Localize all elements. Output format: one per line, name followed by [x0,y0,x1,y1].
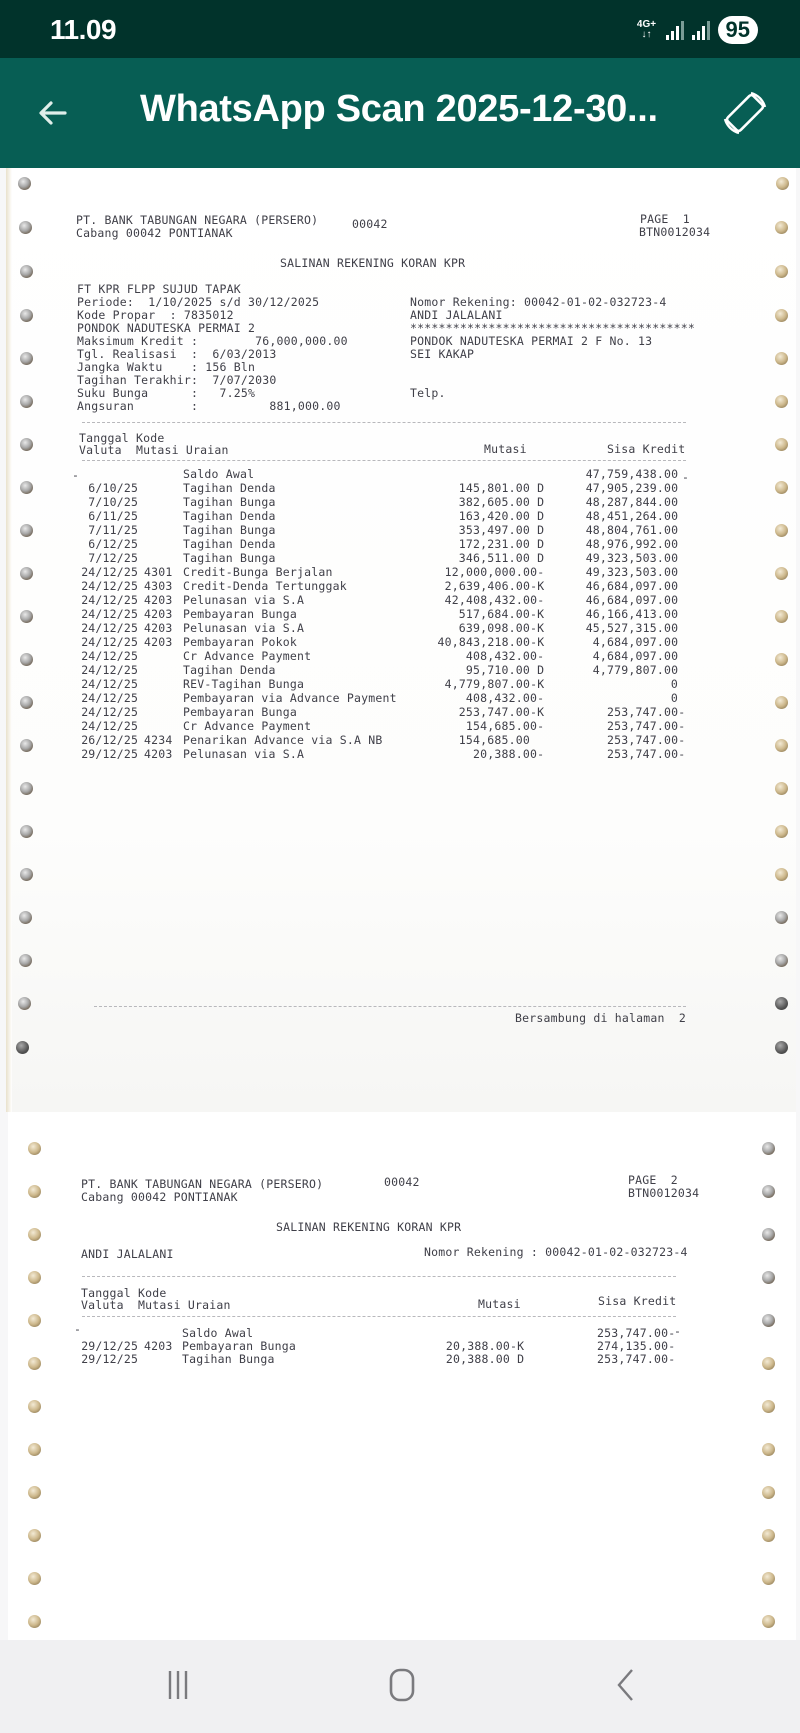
perforation-hole [28,1314,41,1327]
cell-sisa-kredit: 253,747.00- [597,1352,675,1366]
bank-name: PT. BANK TABUNGAN NEGARA (PERSERO) [81,1177,323,1191]
perforation-hole [18,997,31,1010]
cell-date: 24/12/25 [81,621,138,635]
cell-date: 6/12/25 [88,537,138,551]
perforation-hole [20,438,33,451]
cell-description: Tagihan Denda [183,509,276,523]
perforation-hole [28,1400,41,1413]
cell-date: 7/10/25 [88,495,138,509]
cell-mutasi: 163,420.00 D [459,509,544,523]
cell-sisa-kredit: 4,684,097.00 [593,635,678,649]
cell-sisa-kredit: 46,166,413.00 [586,607,679,621]
cell-sisa-kredit: 253,747.00- [607,719,685,733]
perforation-hole [762,1314,775,1327]
cell-mutasi: 408,432.00- [466,649,544,663]
cell-sisa-kredit: 4,779,807.00 [593,663,678,677]
cell-description: Pembayaran via Advance Payment [183,691,397,705]
arrow-left-icon [35,95,71,131]
row-marker: - [72,468,79,482]
account-number: Nomor Rekening : 00042-01-02-032723-4 [424,1245,688,1259]
cell-code: 4203 [144,621,173,635]
perforation-hole [19,221,32,234]
cell-mutasi: 20,388.00-K [446,1339,524,1353]
document-viewer[interactable]: PT. BANK TABUNGAN NEGARA (PERSERO) 00042… [0,168,800,1640]
perforation-hole [28,1271,41,1284]
perforation-hole [762,1271,775,1284]
account-number: Nomor Rekening: 00042-01-02-032723-4 [410,295,666,309]
status-bar: 11.09 4G+ ↓↑ 95 [0,0,800,58]
perforation-hole [28,1185,41,1198]
cell-sisa-kredit: 48,804,761.00 [586,523,679,537]
cell-date: 24/12/25 [81,691,138,705]
cell-description: Tagihan Bunga [183,495,276,509]
statement-title: SALINAN REKENING KORAN KPR [280,256,465,270]
perforation-hole [20,739,33,752]
cell-description: Tagihan Denda [183,481,276,495]
perforation-hole [28,1529,41,1542]
header-mutasi: Mutasi [478,1297,521,1311]
cell-date: 7/12/25 [88,551,138,565]
perforation-hole [20,610,33,623]
cell-sisa-kredit: 48,451,264.00 [586,509,679,523]
back-chevron-icon [606,1665,646,1705]
cell-description: Tagihan Denda [183,663,276,677]
perforation-hole [28,1142,41,1155]
statement-page-2: PT. BANK TABUNGAN NEGARA (PERSERO) 00042… [8,1112,796,1640]
app-bar: WhatsApp Scan 2025-12-30... [0,58,800,168]
info-periode: Periode: 1/10/2025 s/d 30/12/2025 [77,295,319,309]
document-id: BTN0012034 [628,1186,699,1200]
perforation-hole [20,309,33,322]
document-id: BTN0012034 [639,225,710,239]
cell-code: 4203 [144,607,173,621]
cell-description: Pelunasan via S.A [183,747,304,761]
cell-description: Tagihan Bunga [182,1352,275,1366]
cell-mutasi: 154,685.00 [459,733,530,747]
perforation-hole [20,653,33,666]
info-suku-bunga: Suku Bunga : 7.25% [77,386,255,400]
perforation-hole [28,1443,41,1456]
screen-rotate-icon [721,89,769,137]
home-icon [382,1665,422,1705]
branch-name: Cabang 00042 PONTIANAK [76,226,233,240]
perforation-hole [775,954,788,967]
perforation-hole [775,868,788,881]
perforation-hole [28,1615,41,1628]
branch-code: 00042 [352,217,388,231]
page-number: PAGE 1 [640,212,690,226]
perforation-hole [775,567,788,580]
status-icons: 4G+ ↓↑ 95 [636,16,758,44]
cell-code: 4203 [144,593,173,607]
signal-sim1-icon [666,20,684,40]
cell-mutasi: 40,843,218.00-K [438,635,545,649]
perforation-hole [762,1572,775,1585]
nav-back-button[interactable] [586,1660,666,1710]
status-time: 11.09 [50,14,116,46]
cell-sisa-kredit: 47,759,438.00 [586,467,679,481]
info-realisasi: Tgl. Realisasi : 6/03/2013 [77,347,276,361]
cell-date: 24/12/25 [81,677,138,691]
rotate-screen-button[interactable] [718,86,772,140]
statement-title: SALINAN REKENING KORAN KPR [276,1220,461,1234]
customer-address: PONDOK NADUTESKA PERMAI 2 F No. 13 [410,334,652,348]
bank-name: PT. BANK TABUNGAN NEGARA (PERSERO) [76,213,318,227]
perforation-hole [20,696,33,709]
perforation-hole [775,352,788,365]
cell-sisa-kredit: 0 [671,691,678,705]
row-marker: - [682,470,689,484]
recent-apps-icon [158,1665,198,1705]
battery-level: 95 [718,16,758,44]
divider [82,1276,676,1277]
perforation-hole [762,1529,775,1542]
perforation-hole [762,1185,775,1198]
document-title: WhatsApp Scan 2025-12-30... [140,88,658,131]
perforation-hole [775,1041,788,1054]
cell-date: 24/12/25 [81,593,138,607]
perforation-hole [20,524,33,537]
cell-code: 4303 [144,579,173,593]
header-valuta-mutasi-uraian: Valuta Mutasi Uraian [81,1298,231,1312]
perforation-hole [775,696,788,709]
perforation-hole [20,567,33,580]
cell-date: 24/12/25 [81,719,138,733]
perforation-hole [28,1228,41,1241]
cell-date: 26/12/25 [81,733,138,747]
cell-description: Cr Advance Payment [183,719,311,733]
cell-sisa-kredit: 48,976,992.00 [586,537,679,551]
cell-mutasi: 517,684.00-K [459,607,544,621]
cell-sisa-kredit: 253,747.00- [607,705,685,719]
header-mutasi: Mutasi [484,442,527,456]
cell-sisa-kredit: 253,747.00- [607,747,685,761]
cell-sisa-kredit: 274,135.00- [597,1339,675,1353]
cell-description: Pembayaran Bunga [182,1339,296,1353]
cell-description: Saldo Awal [182,1326,253,1340]
perforation-hole [19,954,32,967]
perforation-hole [776,177,789,190]
perforation-hole [775,653,788,666]
system-nav-bar [0,1640,800,1733]
cell-description: Pembayaran Bunga [183,705,297,719]
cell-mutasi: 382,605.00 D [459,495,544,509]
row-marker: - [74,1322,81,1336]
cell-code: 4203 [144,1339,173,1353]
cell-sisa-kredit: 0 [671,677,678,691]
info-angsuran: Angsuran : 881,000.00 [77,399,341,413]
info-tagihan-terakhir: Tagihan Terakhir: 7/07/2030 [77,373,276,387]
perforation-hole [775,395,788,408]
perforation-hole [775,438,788,451]
divider [82,422,686,423]
perforation-hole [18,177,31,190]
paper-edge [6,168,12,1112]
perforation-hole [28,1486,41,1499]
cell-sisa-kredit: 46,684,097.00 [586,579,679,593]
perforation-hole [20,782,33,795]
header-valuta-mutasi-uraian: Valuta Mutasi Uraian [79,443,229,457]
cell-sisa-kredit: 46,684,097.00 [586,593,679,607]
perforation-hole [20,352,33,365]
perforation-hole [762,1400,775,1413]
cell-description: Pembayaran Pokok [183,635,297,649]
continued-note: Bersambung di halaman 2 [515,1011,686,1025]
perforation-hole [762,1142,775,1155]
cell-date: 7/11/25 [88,523,138,537]
perforation-hole [775,481,788,494]
perforation-hole [19,911,32,924]
perforation-hole [775,825,788,838]
recent-apps-button[interactable] [138,1660,218,1710]
cell-description: Credit-Denda Tertunggak [183,579,347,593]
cell-description: Saldo Awal [183,467,254,481]
perforation-hole [775,782,788,795]
perforation-hole [775,911,788,924]
cell-mutasi: 2,639,406.00-K [445,579,545,593]
branch-name: Cabang 00042 PONTIANAK [81,1190,238,1204]
cell-description: Pelunasan via S.A [183,621,304,635]
perforation-hole [762,1615,775,1628]
divider [82,460,686,461]
perforation-hole [775,524,788,537]
perforation-hole [762,1357,775,1370]
cell-date: 24/12/25 [81,635,138,649]
cell-mutasi: 4,779,807.00-K [445,677,545,691]
cell-date: 29/12/25 [81,747,138,761]
perforation-hole [20,481,33,494]
cell-description: Tagihan Denda [183,537,276,551]
customer-city: SEI KAKAP [410,347,474,361]
cell-sisa-kredit: 253,747.00- [607,733,685,747]
header-sisa-kredit: Sisa Kredit [607,442,685,456]
cell-description: Pembayaran Bunga [183,607,297,621]
cell-mutasi: 20,388.00 D [446,1352,524,1366]
perforation-hole [762,1486,775,1499]
perforation-hole [775,610,788,623]
cell-code: 4234 [144,733,173,747]
perforation-hole [762,1228,775,1241]
perforation-hole [762,1443,775,1456]
customer-name: ANDI JALALANI [410,308,503,322]
cell-mutasi: 145,801.00 D [459,481,544,495]
cell-code: 4301 [144,565,173,579]
perforation-hole [775,997,788,1010]
cell-mutasi: 20,388.00- [473,747,544,761]
perforation-hole [16,1041,29,1054]
cell-sisa-kredit: 48,287,844.00 [586,495,679,509]
cell-sisa-kredit: 47,905,239.00 [586,481,679,495]
divider [82,1316,676,1317]
cell-sisa-kredit: 49,323,503.00 [586,551,679,565]
perforation-hole [775,739,788,752]
home-button[interactable] [362,1660,442,1710]
cell-mutasi: 154,685.00- [466,719,544,733]
cell-mutasi: 253,747.00-K [459,705,544,719]
cell-mutasi: 639,098.00-K [459,621,544,635]
back-button[interactable] [30,90,76,136]
cell-description: Tagihan Bunga [183,551,276,565]
perforation-hole [20,265,33,278]
cell-mutasi: 95,710.00 D [466,663,544,677]
info-project: PONDOK NADUTESKA PERMAI 2 [77,321,255,335]
perforation-hole [20,825,33,838]
perforation-hole [28,1357,41,1370]
cell-sisa-kredit: 49,323,503.00 [586,565,679,579]
info-max-credit: Maksimum Kredit : 76,000,000.00 [77,334,348,348]
cell-date: 24/12/25 [81,565,138,579]
cell-date: 29/12/25 [81,1339,138,1353]
perforation-hole [775,265,788,278]
perforation-hole [775,309,788,322]
divider [94,1006,686,1007]
customer-name: ANDI JALALANI [81,1247,174,1261]
cell-code: 4203 [144,747,173,761]
cell-date: 24/12/25 [81,663,138,677]
cell-description: Penarikan Advance via S.A NB [183,733,382,747]
cell-date: 24/12/25 [81,649,138,663]
cell-mutasi: 172,231.00 D [459,537,544,551]
cell-description: Pelunasan via S.A [183,593,304,607]
cell-sisa-kredit: 4,684,097.00 [593,649,678,663]
cell-date: 6/10/25 [88,481,138,495]
cell-date: 24/12/25 [81,607,138,621]
cell-date: 29/12/25 [81,1352,138,1366]
page-number: PAGE 2 [628,1173,678,1187]
perforation-hole [28,1572,41,1585]
info-kode-propar: Kode Propar : 7835012 [77,308,234,322]
header-sisa-kredit: Sisa Kredit [598,1294,676,1308]
cell-description: REV-Tagihan Bunga [183,677,304,691]
cell-sisa-kredit: 45,527,315.00 [586,621,679,635]
cell-mutasi: 42,408,432.00- [445,593,545,607]
cell-date: 24/12/25 [81,705,138,719]
signal-sim2-icon [692,20,710,40]
cell-code: 4203 [144,635,173,649]
perforation-hole [20,395,33,408]
network-type-icon: 4G+ ↓↑ [636,20,658,40]
separator-stars: **************************************** [410,321,695,335]
cell-sisa-kredit: 253,747.00- [597,1326,675,1340]
cell-description: Cr Advance Payment [183,649,311,663]
cell-date: 6/11/25 [88,509,138,523]
branch-code: 00042 [384,1175,420,1189]
cell-mutasi: 353,497.00 D [459,523,544,537]
cell-description: Credit-Bunga Berjalan [183,565,333,579]
perforation-hole [20,868,33,881]
cell-description: Tagihan Bunga [183,523,276,537]
cell-mutasi: 12,000,000.00- [445,565,545,579]
cell-mutasi: 408,432.00- [466,691,544,705]
info-jangka-waktu: Jangka Waktu : 156 Bln [77,360,255,374]
cell-date: 24/12/25 [81,579,138,593]
cell-mutasi: 346,511.00 D [459,551,544,565]
perforation-hole [775,221,788,234]
product-name: FT KPR FLPP SUJUD TAPAK [77,282,241,296]
customer-phone: Telp. [410,386,446,400]
statement-page-1: PT. BANK TABUNGAN NEGARA (PERSERO) 00042… [6,168,796,1112]
